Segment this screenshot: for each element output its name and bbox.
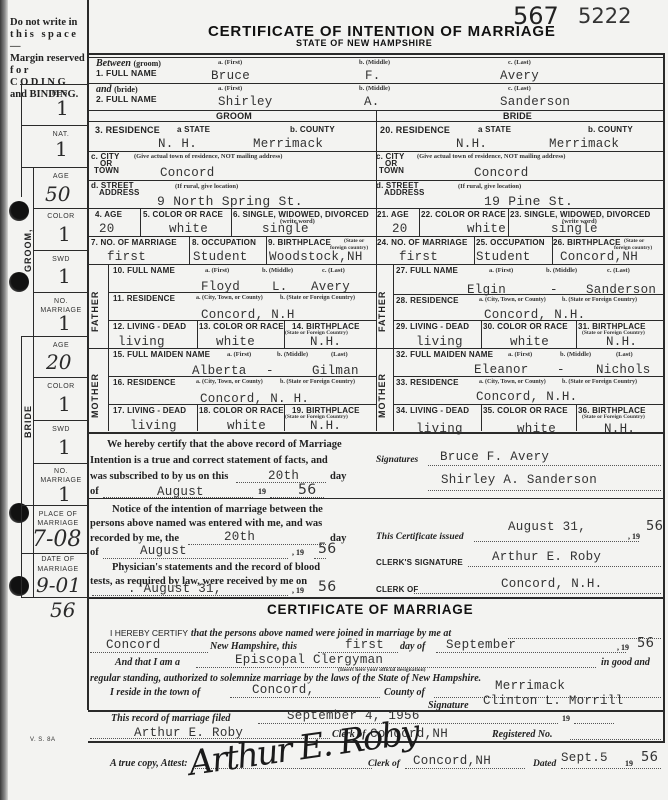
attest-clerk-of: Concord,NH (413, 754, 491, 768)
divider (21, 336, 22, 597)
label-last: c. (Last) (607, 267, 630, 274)
divider (21, 84, 22, 197)
punch-hole (9, 272, 29, 292)
fill-line (570, 739, 661, 740)
bride-father-color-label: 30. COLOR OR RACE (483, 322, 568, 331)
groom-street: 9 North Spring St. (157, 194, 303, 209)
place-of-marriage-label: PLACE OF (30, 511, 86, 518)
nat-code: 1 (55, 137, 68, 161)
recorded-month: August (140, 544, 187, 558)
place-of-marriage-label: MARRIAGE (30, 520, 86, 527)
county-label: County of (384, 687, 425, 698)
bride-mother-first: Eleanor (474, 363, 529, 377)
filed-label: This record of marriage filed (111, 713, 230, 724)
divider (88, 151, 376, 152)
recorded-day: 20th (224, 530, 255, 544)
bride-mother-living-label: 34. LIVING - DEAD (396, 406, 469, 415)
groom-occupation: Student (193, 250, 248, 264)
groom-state-label: a STATE (177, 125, 210, 134)
issued-date: August 31, (508, 520, 586, 534)
bride-status: single (551, 222, 598, 236)
label-first: a. (First) (508, 351, 532, 358)
groom-age: 20 (99, 222, 115, 236)
groom-county: Merrimack (253, 137, 323, 151)
divider (576, 320, 577, 348)
groom-color-label: 5. COLOR OR RACE (143, 210, 223, 219)
binding-edge (0, 0, 8, 800)
bride-mother-last: Nichols (596, 363, 651, 377)
and-that: And that I am a (115, 657, 180, 668)
divider (108, 376, 376, 377)
groom-father-color-label: 13. COLOR OR RACE (199, 322, 284, 331)
bride-swd-label: SWD (38, 426, 84, 433)
document-subtitle: STATE OF NEW HAMPSHIRE (296, 38, 432, 48)
divider (33, 250, 88, 251)
clerk-signature: Arthur E. Roby (492, 550, 601, 564)
groom-birthplace: Woodstock,NH (269, 250, 363, 264)
divider (189, 236, 190, 264)
fill-line (405, 768, 525, 769)
bride-prefix-note: (bride) (114, 85, 138, 94)
groom-nomar-code: 1 (58, 311, 71, 335)
fill-line (474, 541, 639, 542)
label-first: a. (First) (489, 267, 513, 274)
margin-note-line: Do not write in (10, 17, 86, 29)
bride-heading: BRIDE (503, 111, 532, 121)
bride-nomar-label: NO. (38, 468, 84, 475)
bride-mother-residence: Concord, N.H. (476, 390, 577, 404)
divider (393, 294, 663, 295)
fill-line (574, 723, 614, 724)
divider (108, 320, 376, 321)
label-middle: b. (Middle) (560, 351, 591, 358)
fill-line (414, 593, 661, 594)
divider (21, 336, 88, 337)
bride-full-name-label: 2. FULL NAME (96, 94, 157, 104)
divider (108, 404, 376, 405)
col-middle-label: b. (Middle) (359, 85, 390, 92)
divider (88, 498, 663, 499)
issued-year: 56 (646, 519, 663, 534)
bride-age: 20 (392, 222, 408, 236)
col-last-label: c. (Last) (508, 59, 531, 66)
date-of-marriage-code: 9-01 (36, 573, 81, 597)
groom-street-note: (If rural, give location) (175, 183, 238, 190)
bride-father-living: living (416, 335, 463, 349)
divider (88, 348, 663, 349)
groom-age-label: AGE (38, 173, 84, 180)
certify-rest: that the persons above named were joined… (191, 628, 451, 639)
divider (393, 264, 394, 431)
divider (21, 553, 88, 554)
bride-city: Concord (474, 166, 529, 180)
groom-mother-color: white (227, 419, 266, 433)
attest-dated: Sept.5 (561, 751, 608, 765)
bride-color: white (467, 222, 506, 236)
groom-father-name-label: 10. FULL NAME (113, 266, 175, 275)
bride-street: 19 Pine St. (484, 194, 573, 209)
fill-line (314, 558, 326, 559)
date-of-marriage-label: DATE OF (30, 556, 86, 563)
divider (481, 320, 482, 348)
groom-mother-heading: MOTHER (90, 373, 100, 418)
received-date: . August 31, (128, 582, 222, 596)
groom-birthplace-label: 9. BIRTHPLACE (268, 238, 331, 247)
signature-bride: Shirley A. Sanderson (441, 473, 597, 487)
bride-father-name-label: 27. FULL NAME (396, 266, 458, 275)
divider (88, 264, 663, 265)
fill-line (230, 697, 380, 698)
fill-line (103, 558, 288, 559)
dated-label: Dated (533, 759, 556, 769)
divider (33, 420, 88, 421)
day-of: day of (400, 641, 425, 652)
groom-full-name-label: 1. FULL NAME (96, 68, 157, 78)
bride-mother-name-label: 32. FULL MAIDEN NAME (396, 350, 493, 359)
bride-birthplace: Concord,NH (560, 250, 638, 264)
bride-mother-middle: - (557, 363, 565, 377)
divider (88, 83, 663, 84)
bride-state-label: a STATE (478, 125, 511, 134)
bride-father-color: white (510, 335, 549, 349)
subscribed-year: 56 (298, 482, 316, 498)
bride-mother-residence-label: 33. RESIDENCE (396, 378, 459, 387)
marriage-month: September (446, 638, 516, 652)
punch-hole (9, 503, 29, 523)
fill-line (428, 490, 661, 491)
groom-mother-name-label: 15. FULL MAIDEN NAME (113, 350, 210, 359)
groom-mother-residence-label: 16. RESIDENCE (113, 378, 176, 387)
groom-prefix-note: (groom) (134, 59, 161, 68)
divider (197, 404, 198, 431)
form-code: V. S. 8A (30, 737, 55, 743)
col-first-label: a. (First) (218, 85, 242, 92)
registered-label: Registered No. (492, 729, 553, 740)
label-res-a: a. (City, Town, or County) (479, 297, 546, 303)
label-bp-note: (State or Foreign Country) (582, 414, 645, 420)
fill-line (428, 465, 661, 466)
officiant-county: Merrimack (495, 679, 565, 693)
margin-note-line: this space — (10, 29, 86, 53)
physician-text: Physician's statements and the record of… (112, 562, 320, 574)
col-last-label: c. (Last) (508, 85, 531, 92)
divider (376, 151, 663, 152)
nineteen: 19 (625, 758, 633, 770)
bride-age-label: 21. AGE (377, 210, 409, 219)
bride-birthplace-label: 26. BIRTHPLACE (553, 238, 621, 247)
groom-city-note: (Give actual town of residence, NOT mail… (134, 153, 282, 160)
groom-first-name: Bruce (211, 69, 250, 83)
label-first: a. (First) (205, 267, 229, 274)
record-number: 5222 (578, 4, 631, 28)
groom-heading: GROOM (216, 111, 252, 121)
groom-occupation-label: 8. OCCUPATION (192, 238, 256, 247)
divider (88, 597, 663, 599)
nineteen: 19 (621, 643, 629, 652)
groom-mother-birthplace: N.H. (310, 419, 341, 433)
divider (197, 320, 198, 348)
of-word: of (90, 547, 99, 559)
groom-section-label: GROOM, (23, 229, 33, 273)
groom-father-heading: FATHER (90, 291, 100, 332)
groom-color: white (169, 222, 208, 236)
officiant-town: Concord, (252, 683, 314, 697)
divider (393, 404, 663, 405)
bride-occupation-label: 25. OCCUPATION (476, 238, 545, 247)
label-last: (Last) (616, 351, 633, 358)
bride-last-name: Sanderson (500, 95, 570, 109)
groom-last-name: Avery (500, 69, 539, 83)
certify-line: I HEREBY CERTIFY that the persons above … (110, 628, 451, 639)
divider (266, 236, 267, 264)
punch-hole (9, 201, 29, 221)
nineteen: 19 (562, 713, 570, 725)
certify-caps: I HEREBY CERTIFY (110, 628, 188, 638)
col-middle-label: b. (Middle) (359, 59, 390, 66)
place-of-marriage-code: 7-08 (32, 527, 81, 552)
margin-extra-code: 56 (50, 598, 75, 622)
divider (419, 208, 420, 236)
col-first-label: a. (First) (218, 59, 242, 66)
bride-color-label: COLOR (38, 383, 84, 390)
signatures-label: Signatures (376, 455, 418, 465)
label-res-a: a. (City, Town, or County) (479, 379, 546, 385)
label-res-b: b. (State or Foreign Country) (562, 379, 637, 385)
bride-residence-label: 20. RESIDENCE (380, 125, 450, 135)
res-code: 1 (56, 96, 69, 120)
divider (33, 208, 88, 209)
label-res-b: b. (State or Foreign Country) (562, 297, 637, 303)
groom-city: Concord (160, 166, 215, 180)
divider (140, 208, 141, 236)
groom-nomar-label: NO. (38, 298, 84, 305)
divider (88, 432, 663, 434)
date-of-marriage-label: MARRIAGE (30, 566, 86, 573)
fill-line (561, 768, 661, 769)
attest-label: A true copy, Attest: (110, 758, 188, 769)
form-right-border (663, 53, 665, 743)
bride-street-note: (If rural, give location) (458, 183, 521, 190)
subscribed-month: August (157, 485, 204, 499)
bride-father-birthplace: N.H. (606, 335, 637, 349)
divider (481, 404, 482, 431)
label-middle: b. (Middle) (277, 351, 308, 358)
fill-line (188, 544, 326, 545)
divider (21, 505, 88, 506)
bride-father-heading: FATHER (377, 291, 387, 332)
bride-color-code: 1 (58, 392, 71, 416)
label-res-a: a. (City, Town, or County) (196, 379, 263, 385)
nineteen: 19 (632, 532, 640, 541)
label-last: c. (Last) (322, 267, 345, 274)
groom-status: single (262, 222, 309, 236)
nh-this: New Hampshire, this (210, 641, 297, 652)
bride-first-name: Shirley (218, 95, 273, 109)
bride-marriage-no: first (399, 250, 438, 264)
bride-occupation: Student (476, 250, 531, 264)
bride-address-label: ADDRESS (384, 188, 425, 197)
divider (393, 376, 663, 377)
label-res-b: b. (State or Foreign Country) (280, 379, 355, 385)
bride-age-label: AGE (38, 342, 84, 349)
groom-father-residence-label: 11. RESIDENCE (113, 294, 175, 303)
groom-town-label: TOWN (94, 166, 119, 175)
divider (576, 404, 577, 431)
margin-note-line: Margin reserved (10, 53, 86, 65)
good-and: in good and (601, 657, 650, 668)
divider (88, 53, 663, 55)
groom-marriage-no: first (107, 250, 146, 264)
groom-marriage-no-label: 7. NO. OF MARRIAGE (91, 238, 177, 247)
official-designation: Episcopal Clergyman (235, 653, 383, 667)
bride-middle-name: A. (364, 95, 380, 109)
bride-marriage-no-label: 24. NO. OF MARRIAGE (377, 238, 467, 247)
bride-state: N.H. (456, 137, 487, 151)
groom-mother-living-label: 17. LIVING - DEAD (113, 406, 186, 415)
nineteen: 19 (258, 486, 266, 498)
divider (88, 57, 663, 58)
groom-swd-code: 1 (58, 264, 71, 288)
notice-text: persons above named was entered with me,… (90, 518, 322, 530)
file-number: 567 (513, 2, 559, 30)
divider (88, 208, 663, 209)
label-res-b: b. (State or Foreign Country) (280, 295, 355, 301)
groom-age-label: 4. AGE (95, 210, 122, 219)
divider (33, 292, 88, 293)
subscribed-day: 20th (268, 469, 299, 483)
divider (508, 208, 509, 236)
nineteen: 19 (296, 586, 304, 595)
bride-city-note: (Give actual town of residence, NOT mail… (417, 153, 565, 160)
label-res-a: a. (City, Town, or County) (196, 295, 263, 301)
groom-swd-label: SWD (38, 256, 84, 263)
bride-county-label: b. COUNTY (588, 125, 633, 134)
divider (21, 125, 88, 126)
marriage-place: Concord (106, 638, 161, 652)
clerk-of: Concord, N.H. (501, 577, 602, 591)
clerk-signature-label: CLERK'S SIGNATURE (376, 558, 463, 567)
bride-father-residence-label: 28. RESIDENCE (396, 296, 459, 305)
bride-mother-heading: MOTHER (377, 373, 387, 418)
nineteen: 19 (296, 548, 304, 557)
groom-middle-name: F. (365, 69, 381, 83)
bride-age-code: 20 (46, 350, 71, 374)
signature-groom: Bruce F. Avery (440, 450, 549, 464)
received-year: 56 (318, 579, 336, 595)
reside-label: I reside in the town of (110, 687, 200, 698)
certify-text: was subscribed to by us on this (90, 471, 228, 483)
groom-color-code: 1 (58, 222, 71, 246)
attest-clerk-of-label: Clerk of (368, 759, 400, 769)
label-first: a. (First) (227, 351, 251, 358)
bride-mother-color-label: 35. COLOR OR RACE (483, 406, 568, 415)
form-left-border (87, 0, 89, 710)
notice-text: Notice of the intention of marriage betw… (112, 504, 323, 516)
attest-year: 56 (641, 750, 658, 765)
divider (231, 208, 232, 236)
bride-swd-code: 1 (58, 435, 71, 459)
punch-hole (9, 576, 29, 596)
certify-text: Intention is a true and correct statemen… (90, 455, 328, 467)
fill-line (436, 652, 626, 653)
groom-mother-color-label: 18. COLOR OR RACE (199, 406, 284, 415)
groom-address-label: ADDRESS (99, 188, 140, 197)
groom-residence-label: 3. RESIDENCE (95, 125, 160, 135)
bride-father-living-label: 29. LIVING - DEAD (396, 322, 469, 331)
groom-mother-living: living (130, 419, 177, 433)
label-middle: b. (Middle) (546, 267, 577, 274)
groom-father-living-label: 12. LIVING - DEAD (113, 322, 186, 331)
divider (393, 320, 663, 321)
divider (474, 236, 475, 264)
issued-label: This Certificate issued (376, 532, 464, 542)
of-word: of (90, 486, 99, 498)
divider (33, 463, 88, 464)
divider (108, 292, 376, 293)
marriage-year: 56 (637, 636, 654, 651)
marriage-day: first (345, 638, 384, 652)
fill-line (90, 652, 208, 653)
bride-town-label: TOWN (379, 166, 404, 175)
certify-text: We hereby certify that the above record … (107, 439, 342, 451)
clerk-of-label: CLERK OF (376, 585, 419, 594)
groom-county-label: b. COUNTY (290, 125, 335, 134)
divider (33, 377, 88, 378)
groom-bp-note: (State or (344, 238, 364, 244)
bride-color-label: 22. COLOR OR RACE (421, 210, 506, 219)
label-middle: b. (Middle) (262, 267, 293, 274)
certificate-title: CERTIFICATE OF MARRIAGE (267, 602, 473, 617)
groom-father-living: living (118, 335, 165, 349)
groom-father-color: white (216, 335, 255, 349)
recorded-year: 56 (318, 541, 336, 557)
fill-line (468, 566, 661, 567)
divider (376, 180, 663, 181)
groom-father-birthplace: N.H. (310, 335, 341, 349)
day-word: day (330, 471, 346, 483)
divider (88, 236, 663, 237)
bride-county: Merrimack (549, 137, 619, 151)
label-last: (Last) (331, 351, 348, 358)
groom-color-label: COLOR (38, 213, 84, 220)
groom-age-code: 50 (45, 182, 70, 206)
groom-state: N. H. (158, 137, 197, 151)
bride-section-label: BRIDE (23, 405, 33, 438)
bride-nomar-code: 1 (58, 482, 71, 506)
bride-bp-note: (State or (624, 238, 644, 244)
divider (21, 167, 88, 168)
divider (20, 84, 88, 85)
officiant-signature: Clinton L. Morrill (483, 694, 623, 708)
